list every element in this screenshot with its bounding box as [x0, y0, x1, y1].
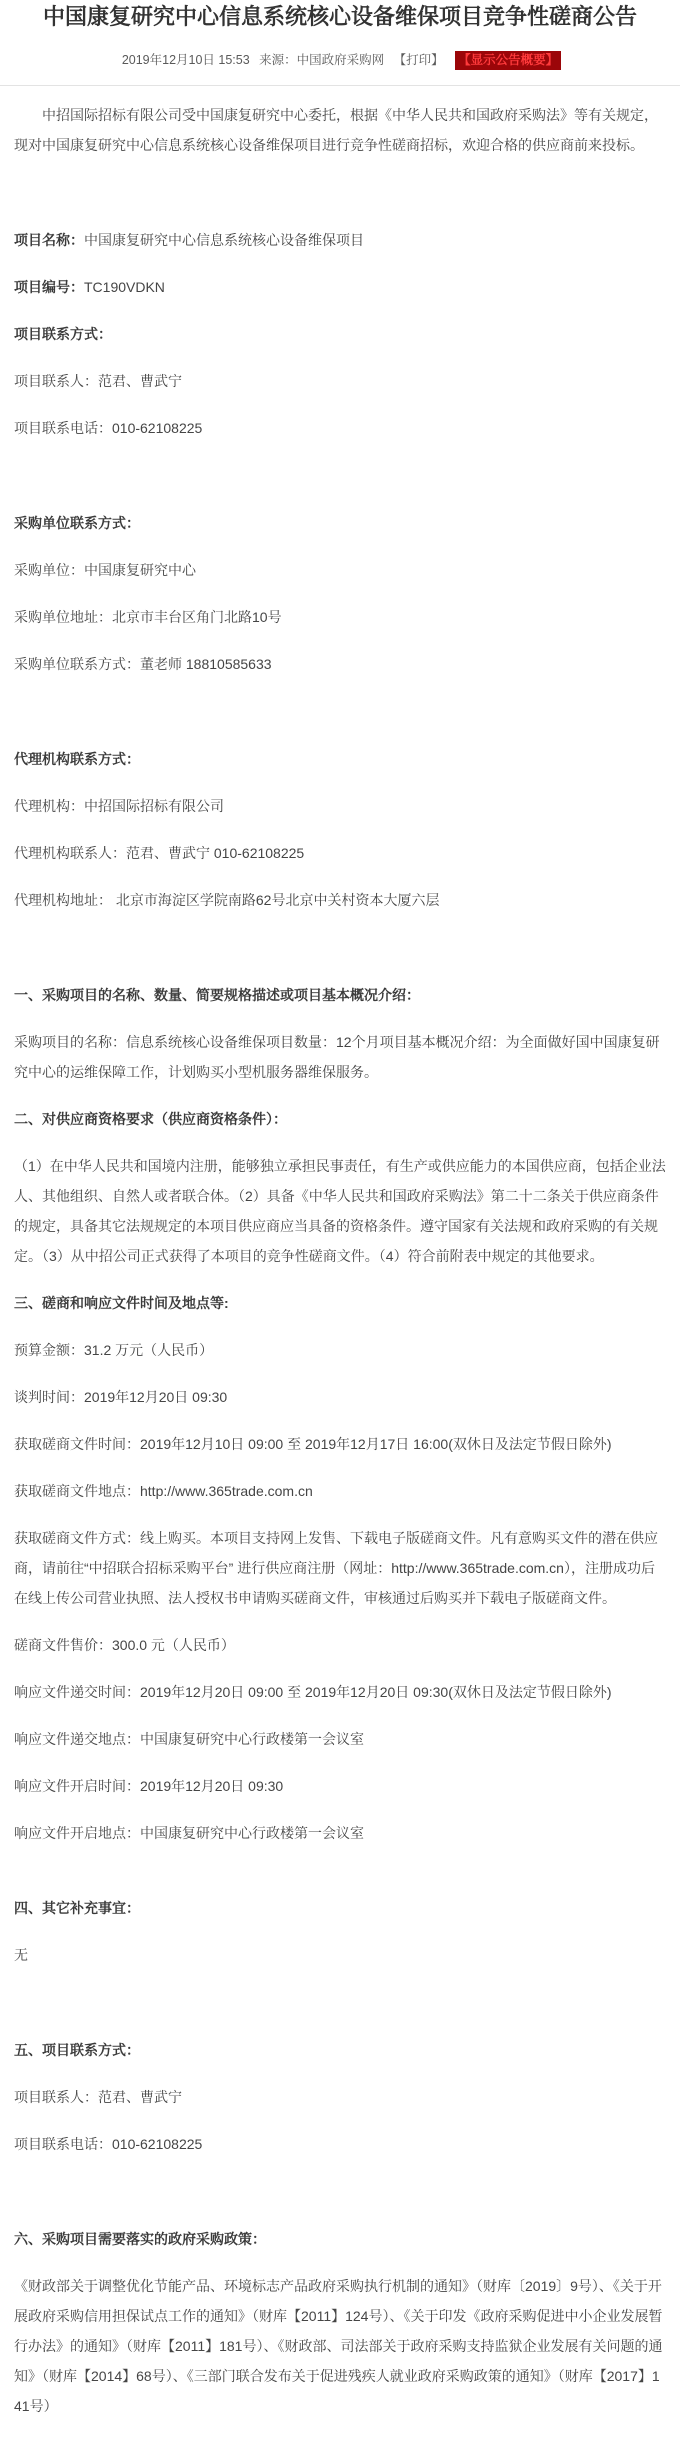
intro-paragraph: 中招国际招标有限公司受中国康复研究中心委托，根据《中华人民共和国政府采购法》等有… [14, 100, 666, 160]
section-gap-small [14, 1865, 666, 1876]
project-name-label: 项目名称： [14, 232, 84, 248]
section5-contact-phone: 项目联系电话：010-62108225 [14, 2129, 666, 2159]
document-obtain-method: 获取磋商文件方式：线上购买。本项目支持网上发售、下载电子版磋商文件。凡有意购买文… [14, 1523, 666, 1613]
section-gap [14, 696, 666, 727]
project-contact-heading: 项目联系方式： [14, 319, 666, 349]
section2-body: （1）在中华人民共和国境内注册，能够独立承担民事责任，有生产或供应能力的本国供应… [14, 1151, 666, 1271]
section6-heading: 六、采购项目需要落实的政府采购政策： [14, 2224, 666, 2254]
response-open-place: 响应文件开启地点：中国康复研究中心行政楼第一会议室 [14, 1818, 666, 1848]
announcement-page: 中国康复研究中心信息系统核心设备维保项目竞争性磋商公告 2019年12月10日 … [0, 0, 680, 2456]
section-gap [14, 177, 666, 208]
budget-amount: 预算金额：31.2 万元（人民币） [14, 1335, 666, 1365]
agency-address: 代理机构地址： 北京市海淀区学院南路62号北京中关村资本大厦六层 [14, 885, 666, 915]
response-open-time: 响应文件开启时间：2019年12月20日 09:30 [14, 1771, 666, 1801]
section2-heading: 二、对供应商资格要求（供应商资格条件）： [14, 1104, 666, 1134]
purchaser-address: 采购单位地址：北京市丰台区角门北路10号 [14, 602, 666, 632]
page-title: 中国康复研究中心信息系统核心设备维保项目竞争性磋商公告 [0, 0, 680, 32]
section3-heading: 三、磋商和响应文件时间及地点等: [14, 1288, 666, 1318]
section4-body: 无 [14, 1940, 666, 1970]
section5-heading: 五、项目联系方式： [14, 2035, 666, 2065]
summary-badge[interactable]: 【显示公告概要】 [455, 51, 561, 70]
print-button[interactable]: 【打印】 [394, 53, 444, 67]
section-gap [14, 1987, 666, 2018]
negotiation-time: 谈判时间：2019年12月20日 09:30 [14, 1382, 666, 1412]
document-obtain-time: 获取磋商文件时间：2019年12月10日 09:00 至 2019年12月17日… [14, 1429, 666, 1459]
purchaser-contact: 采购单位联系方式：董老师 18810585633 [14, 649, 666, 679]
project-code-label: 项目编号： [14, 279, 84, 295]
section-gap [14, 932, 666, 963]
agency-contact: 代理机构联系人：范君、曹武宁 010-62108225 [14, 838, 666, 868]
section5-contact-person: 项目联系人：范君、曹武宁 [14, 2082, 666, 2112]
announcement-body: 中招国际招标有限公司受中国康复研究中心委托，根据《中华人民共和国政府采购法》等有… [0, 100, 680, 2456]
project-code-value: TC190VDKN [84, 279, 165, 295]
section4-heading: 四、其它补充事宜： [14, 1893, 666, 1923]
meta-line: 2019年12月10日 15:53 来源：中国政府采购网 【打印】 【显示公告概… [0, 51, 680, 70]
purchaser-unit: 采购单位：中国康复研究中心 [14, 555, 666, 585]
section-gap [14, 2176, 666, 2207]
project-name-row: 项目名称：中国康复研究中心信息系统核心设备维保项目 [14, 225, 666, 255]
response-submit-place: 响应文件递交地点：中国康复研究中心行政楼第一会议室 [14, 1724, 666, 1754]
project-contact-phone: 项目联系电话：010-62108225 [14, 413, 666, 443]
publish-datetime: 2019年12月10日 15:53 [122, 53, 250, 67]
section6-body: 《财政部关于调整优化节能产品、环境标志产品政府采购执行机制的通知》（财库〔201… [14, 2271, 666, 2421]
header-divider [0, 85, 680, 86]
project-code-row: 项目编号：TC190VDKN [14, 272, 666, 302]
source-label: 来源：中国政府采购网 [259, 53, 384, 67]
agency-heading: 代理机构联系方式： [14, 744, 666, 774]
section1-body: 采购项目的名称：信息系统核心设备维保项目数量：12个月项目基本概况介绍：为全面做… [14, 1027, 666, 1087]
purchaser-heading: 采购单位联系方式： [14, 508, 666, 538]
response-submit-time: 响应文件递交时间：2019年12月20日 09:00 至 2019年12月20日… [14, 1677, 666, 1707]
document-obtain-place: 获取磋商文件地点：http://www.365trade.com.cn [14, 1476, 666, 1506]
agency-name: 代理机构：中招国际招标有限公司 [14, 791, 666, 821]
section1-heading: 一、采购项目的名称、数量、简要规格描述或项目基本概况介绍： [14, 980, 666, 1010]
project-name-value: 中国康复研究中心信息系统核心设备维保项目 [84, 232, 364, 248]
section-gap [14, 460, 666, 491]
project-contact-person: 项目联系人：范君、曹武宁 [14, 366, 666, 396]
document-price: 磋商文件售价：300.0 元（人民币） [14, 1630, 666, 1660]
